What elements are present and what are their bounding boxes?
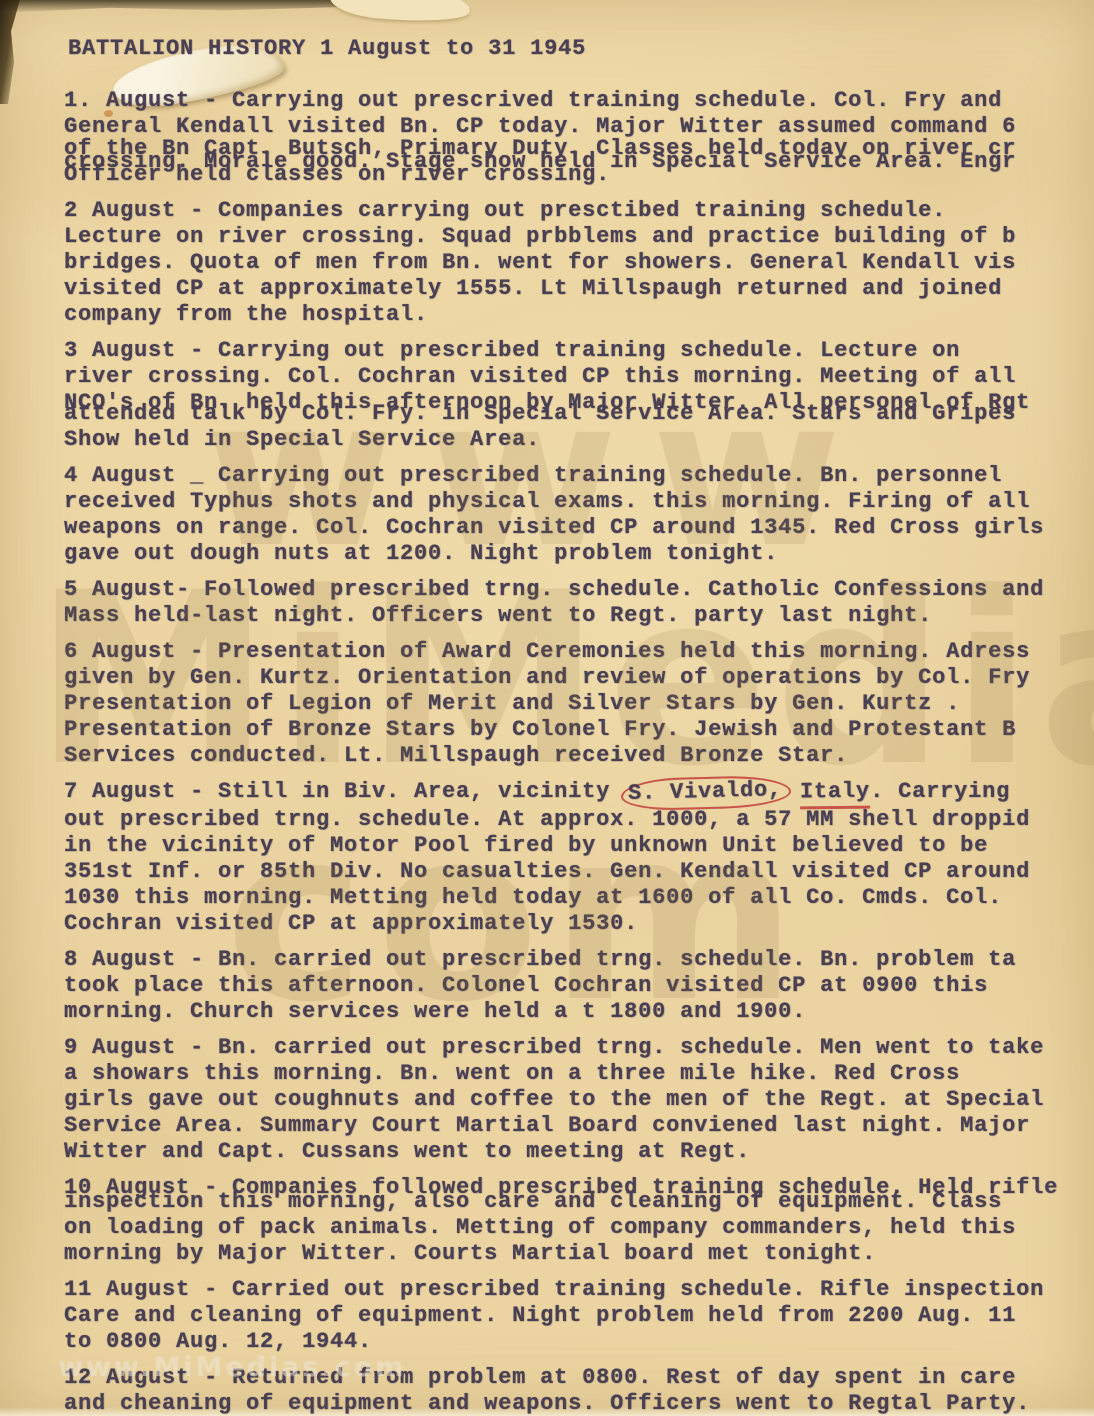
text-line: 11 August - Carried out prescribed train… [64,1277,1060,1303]
document-title: BATTALION HISTORY 1 August to 31 1945 [68,36,1060,62]
text-line: 4 August _ Carrying out prescribed train… [64,463,1060,489]
text-line: 1. August - Carrying out prescrived trai… [64,88,1060,114]
red-underline-annotation: Italy [800,779,870,810]
text-line: inspection this morning, also care and c… [64,1189,1060,1215]
text-line: 2 August - Companies carrying out presct… [64,198,1060,224]
text-line: visited CP at approximately 1555. Lt Mil… [64,276,1060,302]
text-line: morning by Major Witter. Courts Martial … [64,1241,1060,1267]
paragraphs: 1. August - Carrying out prescrived trai… [64,88,1060,1416]
text-line: in the vicinity of Motor Pool fired by u… [64,833,1060,859]
paragraph: 4 August _ Carrying out prescribed train… [64,463,1060,567]
text-line: Lecture on river crossing. Squad prbblem… [64,224,1060,250]
text-line: 9 August - Bn. carried out prescribed tr… [64,1035,1060,1061]
paragraph: 5 August- Followed prescribed trng. sche… [64,577,1060,629]
text-line: Show held in Special Service Area. [64,427,1060,453]
text-line: 1030 this morning. Metting held today at… [64,885,1060,911]
paragraph: 2 August - Companies carrying out presct… [64,198,1060,328]
text-line: 6 August - Presentation of Award Ceremon… [64,639,1060,665]
text-line: Cochran visited CP at approximately 1530… [64,911,1060,937]
text-line: gave out dough nuts at 1200. Night probl… [64,541,1060,567]
paragraph: 9 August - Bn. carried out prescribed tr… [64,1035,1060,1165]
text-line: Presentation of Legion of Merit and Silv… [64,691,1060,717]
text-line: 8 August - Bn. carried out prescribed tr… [64,947,1060,973]
paragraph: 1. August - Carrying out prescrived trai… [64,88,1060,188]
text-line: on loading of pack animals. Metting of c… [64,1215,1060,1241]
text-line: bridges. Quota of men from Bn. went for … [64,250,1060,276]
text-line: morning. Church services were held a t 1… [64,999,1060,1025]
text-line: Care and cleaning of equipment. Night pr… [64,1303,1060,1329]
text-line: Service Area. Summary Court Martial Boar… [64,1113,1060,1139]
text-line: 3 August - Carrying out prescribed train… [64,338,1060,364]
paragraph: 3 August - Carrying out prescribed train… [64,338,1060,453]
text-line: weapons on range. Col. Cochran visited C… [64,515,1060,541]
red-circle-annotation: S. Vivaldo, [621,775,792,811]
typed-content: BATTALION HISTORY 1 August to 31 1945 1.… [0,0,1094,1416]
text-line: received Typhus shots and physical exams… [64,489,1060,515]
text-line: 12 August - Returned from problem at 080… [64,1365,1060,1391]
document-page: www MiMedias com www.MiMedias.com BATTAL… [0,0,1094,1416]
paragraph: 10 August - Companies followed prescribe… [64,1175,1060,1267]
text-line: Services conducted. Lt. Millspaugh recei… [64,743,1060,769]
text-line: Presentation of Bronze Stars by Colonel … [64,717,1060,743]
text-line: to 0800 Aug. 12, 1944. [64,1329,1060,1355]
text-line: out prescribed trng. schedule. At approx… [64,807,1060,833]
text-line: company from the hospital. [64,302,1060,328]
text-line: given by Gen. Kurtz. Orientation and rev… [64,665,1060,691]
text-line: 351st Inf. or 85th Div. No casualties. G… [64,859,1060,885]
paragraph: 11 August - Carried out prescribed train… [64,1277,1060,1355]
text-line: 7 August - Still in Biv. Area, vicinity … [64,779,1060,807]
text-line: attended talk by Col. Fry. in Special Se… [64,401,1060,427]
text-line: river crossing. Col. Cochran visited CP … [64,364,1060,390]
text-line: and cheaning of equipment and weapons. O… [64,1391,1060,1416]
text-line: Mass held-last night. Officers went to R… [64,603,1060,629]
paragraph: 12 August - Returned from problem at 080… [64,1365,1060,1416]
text-line: Witter and Capt. Cussans went to meeting… [64,1139,1060,1165]
text-line: took place this afternoon. Colonel Cochr… [64,973,1060,999]
paragraph: 7 August - Still in Biv. Area, vicinity … [64,779,1060,937]
text-line: 5 August- Followed prescribed trng. sche… [64,577,1060,603]
paragraph: 6 August - Presentation of Award Ceremon… [64,639,1060,769]
text-line: a showars this morning. Bn. went on a th… [64,1061,1060,1087]
text-line: girls gave out coughnuts and coffee to t… [64,1087,1060,1113]
paragraph: 8 August - Bn. carried out prescribed tr… [64,947,1060,1025]
